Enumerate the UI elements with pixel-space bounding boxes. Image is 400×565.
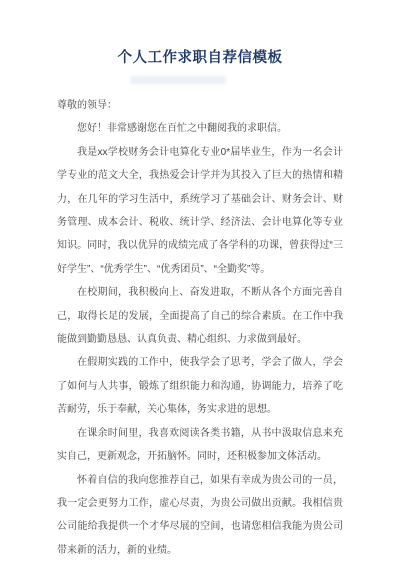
paragraph-school-performance: 在校期间，我积极向上、奋发进取，不断从各个方面完善自己，取得长足的发展，全面提高… [57,281,343,351]
letter-body: 尊敬的领导： 您好！非常感谢您在百忙之中翻阅我的求职信。 我是xx学校财务会计电… [57,94,343,562]
title-highlight-artifact [130,76,226,84]
paragraph-greeting: 您好！非常感谢您在百忙之中翻阅我的求职信。 [57,117,343,140]
paragraph-closing: 怀着自信的我向您推荐自己，如果有幸成为贵公司的一员，我一定会更努力工作，虚心尽责… [57,469,343,563]
paragraph-hobbies: 在课余时间里，我喜欢阅读各类书籍，从书中汲取信息来充实自己，更新观念，开拓脑怀。… [57,422,343,469]
page-title: 个人工作求职自荐信模板 [57,51,343,66]
document-page: 个人工作求职自荐信模板 尊敬的领导： 您好！非常感谢您在百忙之中翻阅我的求职信。… [0,0,400,565]
paragraph-internship: 在假期实践的工作中，使我学会了思考，学会了做人，学会了如何与人共事，锻炼了组织能… [57,351,343,421]
salutation-line: 尊敬的领导： [57,94,343,117]
paragraph-education: 我是xx学校财务会计电算化专业0*届毕业生，作为一名会计学专业的范文大全，我热爱… [57,141,343,281]
